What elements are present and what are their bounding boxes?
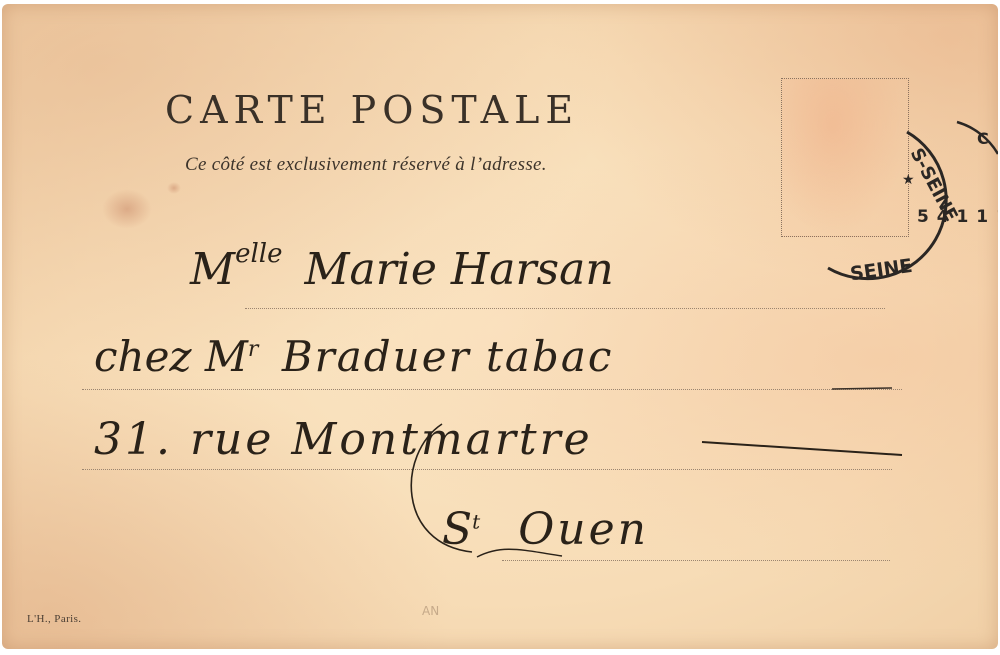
postmark-bottom-text: SEINE bbox=[849, 255, 914, 286]
postmark-secondary-text: C bbox=[977, 129, 989, 148]
postmark-date: 5 4 1 1 1 4 bbox=[917, 207, 998, 227]
postcard-back: CARTE POSTALE Ce côté est exclusivement … bbox=[2, 4, 998, 649]
faint-mark: AN bbox=[422, 604, 439, 618]
postmark: SEINE S-SEINE ★ 5 4 1 1 1 4 C bbox=[2, 4, 998, 649]
publisher-imprint: L'H., Paris. bbox=[27, 613, 81, 625]
postmark-star: ★ bbox=[902, 172, 915, 188]
